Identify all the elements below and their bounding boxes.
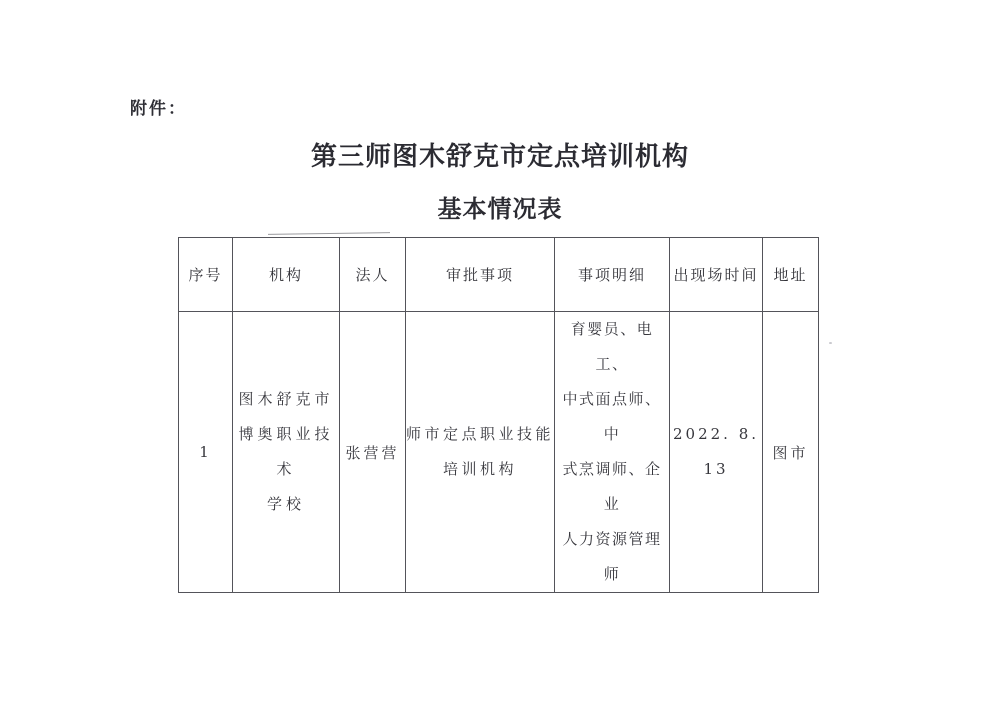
- scan-artifact-dot: [829, 342, 832, 344]
- detail-line: 中式面点师、中: [555, 382, 669, 452]
- organization-line: 博奥职业技术: [233, 417, 339, 487]
- header-cell-org: 机构: [233, 238, 340, 312]
- header-cell-address: 地址: [763, 238, 819, 312]
- cell-address: 图市: [763, 312, 819, 593]
- organization-line: 图木舒克市: [233, 382, 339, 417]
- header-cell-seq: 序号: [179, 238, 233, 312]
- header-cell-date: 出现场时间: [670, 238, 763, 312]
- document-title: 第三师图木舒克市定点培训机构: [0, 136, 1000, 173]
- header-cell-legal: 法人: [340, 238, 406, 312]
- attachment-label: 附件：: [130, 94, 187, 119]
- detail-line: 育婴员、电工、: [555, 312, 669, 382]
- date-line: 2022. 8.: [670, 417, 762, 452]
- organization-line: 学校: [233, 487, 339, 522]
- approval-line: 师市定点职业技能: [406, 417, 554, 452]
- approval-line: 培训机构: [406, 452, 554, 487]
- page-root: { "page": { "attachment_label": "附件：" },…: [0, 0, 1000, 707]
- cell-seq: 1: [179, 312, 233, 593]
- cell-onsite-date: 2022. 8. 13: [670, 312, 763, 593]
- header-cell-detail: 事项明细: [555, 238, 670, 312]
- scan-artifact-line: [268, 232, 390, 235]
- cell-approval-item: 师市定点职业技能 培训机构: [406, 312, 555, 593]
- header-cell-approval: 审批事项: [406, 238, 555, 312]
- detail-line: 人力资源管理师: [555, 522, 669, 592]
- info-table: 序号 机构 法人 审批事项 事项明细 出现场时间 地址 1 图木舒克市 博奥职业…: [178, 237, 819, 593]
- detail-line: 式烹调师、企业: [555, 452, 669, 522]
- cell-organization: 图木舒克市 博奥职业技术 学校: [233, 312, 340, 593]
- cell-item-detail: 育婴员、电工、 中式面点师、中 式烹调师、企业 人力资源管理师: [555, 312, 670, 593]
- table-row: 1 图木舒克市 博奥职业技术 学校 张营营 师市定点职业技能 培训机构 育婴员、…: [179, 312, 819, 593]
- table-header-row: 序号 机构 法人 审批事项 事项明细 出现场时间 地址: [179, 238, 819, 312]
- document-subtitle: 基本情况表: [0, 189, 1000, 224]
- date-line: 13: [670, 452, 762, 487]
- cell-legal-person: 张营营: [340, 312, 406, 593]
